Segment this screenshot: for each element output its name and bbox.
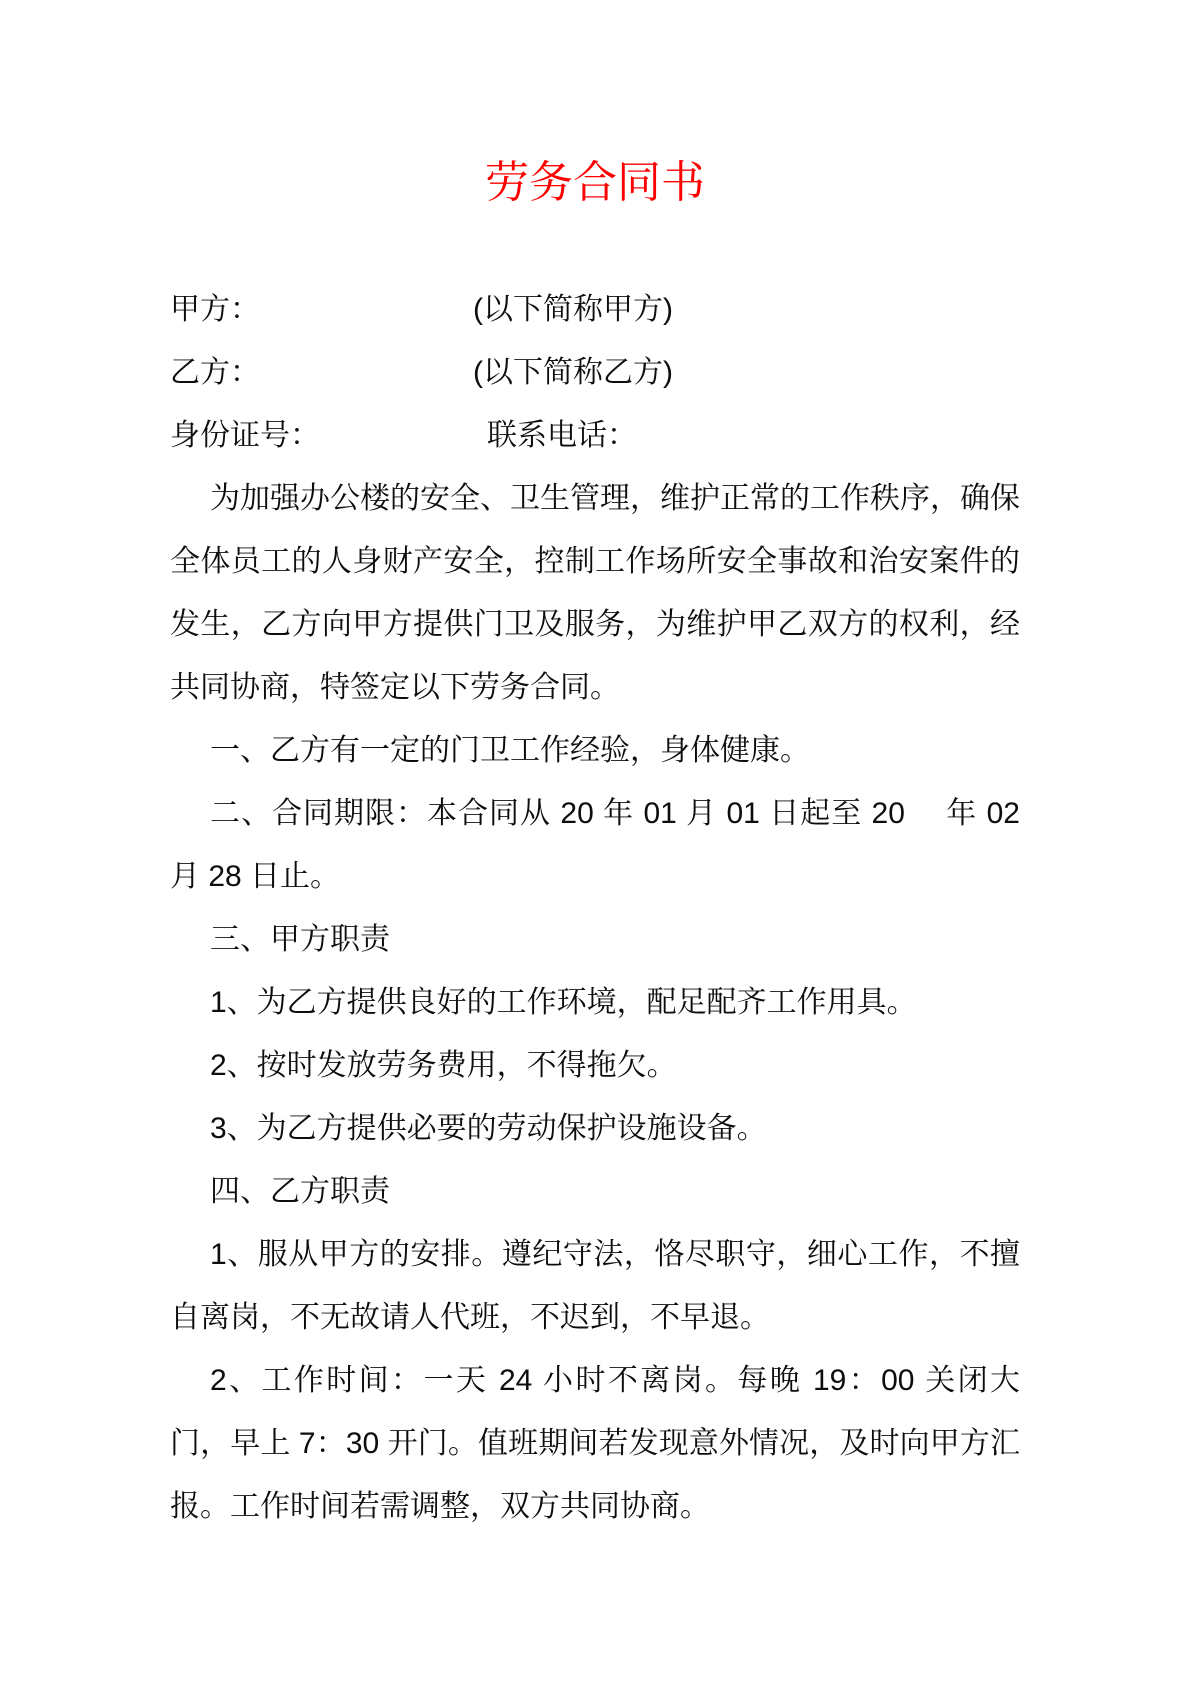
id-number-label: 身份证号：	[170, 404, 487, 467]
contract-clause-4-heading: 四、乙方职责	[170, 1160, 1020, 1223]
party-a-line: 甲方：(以下简称甲方)	[170, 278, 1020, 341]
contract-clause-4-item-2: 2、工作时间：一天 24 小时不离岗。每晚 19：00 关闭大门，早上 7：30…	[170, 1349, 1020, 1538]
contract-clause-3-item-3: 3、为乙方提供必要的劳动保护设施设备。	[170, 1097, 1020, 1160]
party-a-label: 甲方：	[170, 278, 473, 341]
contract-paragraph-preamble: 为加强办公楼的安全、卫生管理，维护正常的工作秩序，确保全体员工的人身财产安全，控…	[170, 467, 1020, 719]
contract-clause-3-item-1: 1、为乙方提供良好的工作环境，配足配齐工作用具。	[170, 971, 1020, 1034]
party-b-label: 乙方：	[170, 341, 473, 404]
contract-clause-4-item-1: 1、服从甲方的安排。遵纪守法，恪尽职守，细心工作，不擅自离岗，不无故请人代班，不…	[170, 1223, 1020, 1349]
contract-clause-3-heading: 三、甲方职责	[170, 908, 1020, 971]
contract-clause-3-item-2: 2、按时发放劳务费用，不得拖欠。	[170, 1034, 1020, 1097]
document-title: 劳务合同书	[170, 160, 1020, 206]
party-b-note: (以下简称乙方)	[473, 356, 673, 389]
party-b-line: 乙方：(以下简称乙方)	[170, 341, 1020, 404]
contact-line: 身份证号：联系电话：	[170, 404, 1020, 467]
party-a-note: (以下简称甲方)	[473, 293, 673, 326]
contract-clause-2: 二、合同期限：本合同从 20 年 01 月 01 日起至 20 年 02 月 2…	[170, 782, 1020, 908]
phone-label: 联系电话：	[487, 419, 637, 452]
contract-document: 劳务合同书 甲方：(以下简称甲方) 乙方：(以下简称乙方) 身份证号：联系电话：…	[0, 0, 1190, 1683]
contract-clause-1: 一、乙方有一定的门卫工作经验，身体健康。	[170, 719, 1020, 782]
